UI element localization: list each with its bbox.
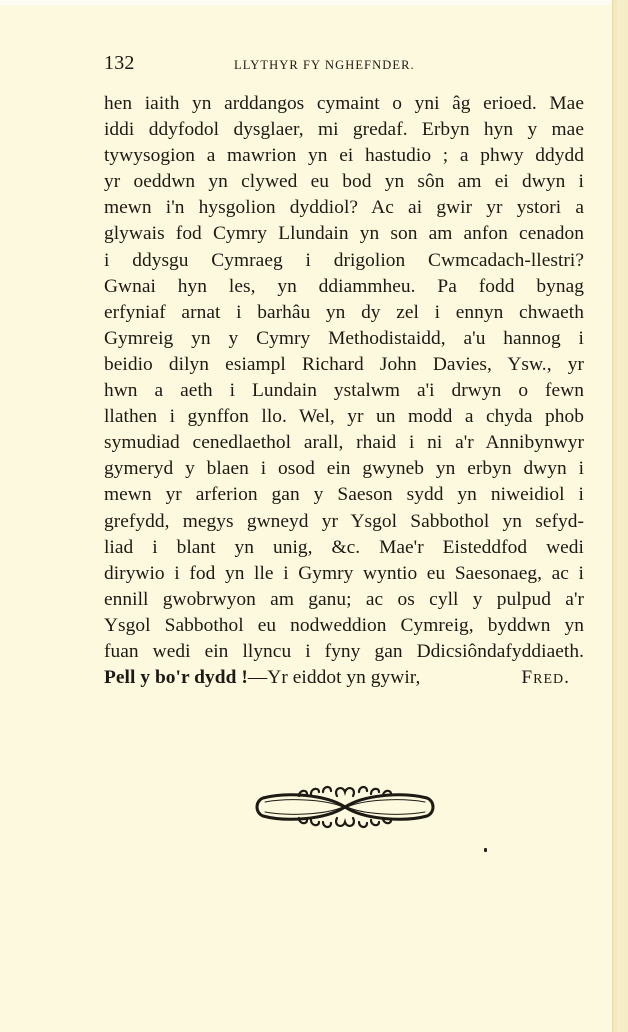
text-line: Ysgol Sabbothol eu nodweddion Cymreig, b…: [104, 613, 584, 639]
text-line: mewn i'n hysgolion dyddiol? Ac ai gwir y…: [104, 195, 584, 221]
page-number: 132: [104, 52, 135, 75]
text-line: liad i blant yn unig, &c. Mae'r Eisteddf…: [104, 535, 584, 561]
text-line: iddi ddyfodol dysglaer, mi gredaf. Erbyn…: [104, 117, 584, 143]
text-line: fuan wedi ein llyncu i fyny gan Ddicsiôn…: [104, 639, 584, 665]
closing-exclamation: Pell y bo'r dydd !: [104, 667, 248, 688]
text-line: llathen i gynffon llo. Wel, yr un modd a…: [104, 404, 584, 430]
scroll-flourish-ornament-icon: [255, 780, 435, 834]
text-line: tywysogion a mawrion yn ei hastudio ; a …: [104, 143, 584, 169]
text-line: gymeryd y blaen i osod ein gwyneb yn erb…: [104, 456, 584, 482]
signature: Fred.: [521, 665, 570, 691]
page-edge: [612, 0, 628, 1032]
text-line: dirywio i fod yn lle i Gymry wyntio eu S…: [104, 561, 584, 587]
text-line: grefydd, megys gwneyd yr Ysgol Sabbothol…: [104, 509, 584, 535]
text-line: Gymreig yn y Cymry Methodistaidd, a'u ha…: [104, 326, 584, 352]
print-speck: [484, 848, 487, 852]
text-line: ennill gwobrwyon am ganu; ac os cyll y p…: [104, 587, 584, 613]
text-line: erfyniaf arnat i barhâu yn dy zel i enny…: [104, 300, 584, 326]
text-line: mewn yr arferion gan y Saeson sydd yn ni…: [104, 482, 584, 508]
text-line: hen iaith yn arddangos cymaint o yni âg …: [104, 91, 584, 117]
closing-line: Pell y bo'r dydd !—Yr eiddot yn gywir, F…: [104, 665, 584, 691]
running-head: LLYTHYR FY NGHEFNDER.: [234, 58, 415, 73]
text-line: hwn a aeth i Lundain ystalwm a'i drwyn o…: [104, 378, 584, 404]
text-line: symudiad cenedlaethol arall, rhaid i ni …: [104, 430, 584, 456]
closing-signoff: —Yr eiddot yn gywir,: [248, 667, 421, 688]
page-header: 132 LLYTHYR FY NGHEFNDER.: [104, 52, 584, 76]
text-line: yr oeddwn yn clywed eu bod yn sôn am ei …: [104, 169, 584, 195]
letter-body: hen iaith yn arddangos cymaint o yni âg …: [104, 91, 584, 691]
text-line: beidio dilyn esiampl Richard John Davies…: [104, 352, 584, 378]
text-line: i ddysgu Cymraeg i drigolion Cwmcadach-l…: [104, 248, 584, 274]
closing-salutation: Pell y bo'r dydd !—Yr eiddot yn gywir,: [104, 665, 420, 691]
text-line: Gwnai hyn les, yn ddiammheu. Pa fodd byn…: [104, 274, 584, 300]
text-line: glywais fod Cymry Llundain yn son am anf…: [104, 221, 584, 247]
